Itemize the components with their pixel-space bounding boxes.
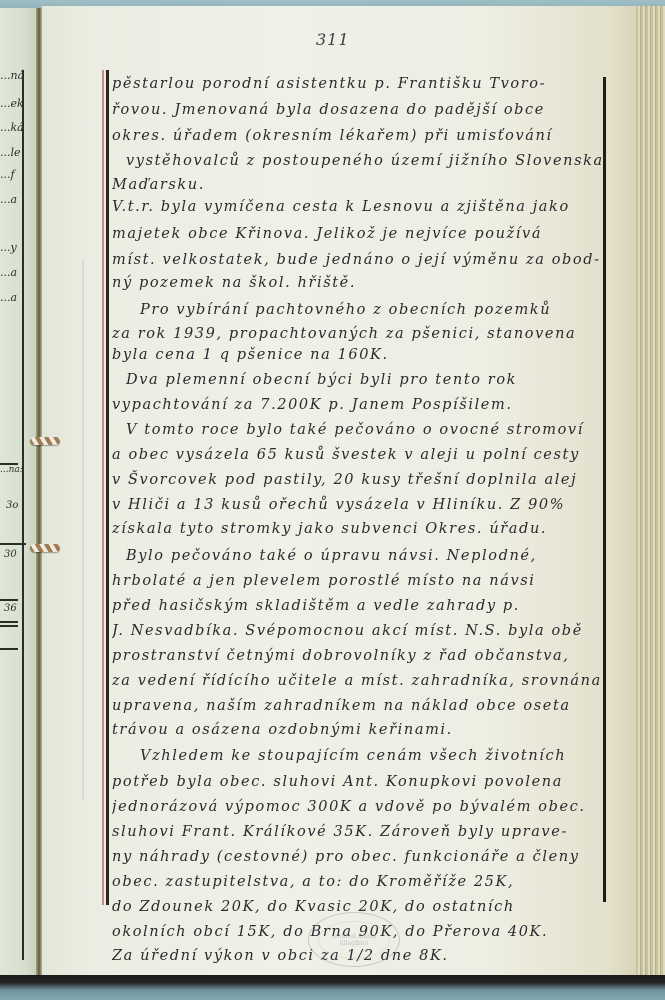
- right-margin-rule: [603, 77, 606, 902]
- binding-thread: [30, 544, 60, 552]
- handwritten-line: vystěhovalců z postoupeného území jižníh…: [112, 151, 602, 171]
- handwritten-line: vypachtování za 7.200K p. Janem Pospíšil…: [112, 395, 602, 415]
- archive-stamp: archival stamp (illegible): [308, 912, 400, 967]
- handwritten-line: míst. velkostatek, bude jednáno o její v…: [112, 250, 602, 270]
- handwritten-line: upravena, naším zahradníkem na náklad ob…: [112, 696, 602, 716]
- handwritten-line: Pro vybírání pachtovného z obecních poze…: [112, 300, 602, 320]
- left-table-cell: 36: [4, 603, 17, 614]
- handwritten-line: byla cena 1 q pšenice na 160K.: [112, 345, 602, 365]
- handwritten-line: v Švorcovek pod pastily, 20 kusy třešní …: [112, 470, 602, 490]
- left-page-fragment: ...ná: [0, 69, 24, 82]
- handwritten-line: řovou. Jmenovaná byla dosazena do padějš…: [112, 100, 602, 120]
- handwritten-line: sluhovi Frant. Králíkové 35K. Zároveň by…: [112, 822, 602, 842]
- handwritten-line: hrbolaté a jen plevelem porostlé místo n…: [112, 571, 602, 591]
- binding-thread: [30, 437, 60, 445]
- handwritten-line: Vzhledem ke stoupajícím cenám všech živo…: [112, 746, 602, 766]
- left-page-fragment: ...a: [0, 266, 17, 279]
- handwritten-line: jednorázová výpomoc 300K a vdově po býva…: [112, 797, 602, 817]
- handwritten-line: Maďarsku.: [112, 175, 602, 195]
- handwritten-line: Bylo pečováno také o úpravu návsi. Neplo…: [112, 546, 602, 566]
- left-table-cell: ...na:: [0, 465, 23, 475]
- handwritten-line: a obec vysázela 65 kusů švestek v aleji …: [112, 445, 602, 465]
- handwritten-line: okres. úřadem (okresním lékařem) při umi…: [112, 126, 602, 146]
- photo-backdrop-bottom: [0, 975, 665, 1000]
- left-table-cell: 30: [4, 549, 17, 560]
- left-facing-page: ...ná ...ek ...ká ...le ...f ...a ...y .…: [0, 8, 38, 983]
- stamp-text: archival stamp (illegible): [318, 921, 390, 959]
- handwritten-line: ny náhrady (cestovné) pro obec. funkcion…: [112, 847, 602, 867]
- left-page-fragment: ...le: [0, 146, 21, 159]
- handwritten-line: před hasičským skladištěm a vedle zahrad…: [112, 596, 602, 616]
- handwritten-line: za rok 1939, propachtovaných za pšenici,…: [112, 324, 602, 344]
- page-number: 311: [316, 30, 350, 49]
- handwritten-line: v Hliči a 13 kusů ořechů vysázela v Hlin…: [112, 495, 602, 515]
- handwritten-line: trávou a osázena ozdobnými keři­nami.: [112, 720, 602, 740]
- handwritten-line: ný pozemek na škol. hřiště.: [112, 273, 602, 293]
- left-table-rule: [0, 543, 26, 545]
- left-page-fragment: ...a: [0, 193, 17, 206]
- red-margin-rule: [102, 70, 104, 905]
- handwritten-line: V tomto roce bylo také pečováno o ovocné…: [112, 420, 602, 440]
- handwritten-line: pěstarlou porodní asistentku p. Františk…: [112, 74, 602, 94]
- left-table-rule: [0, 625, 18, 627]
- left-page-fragment: ...ek: [0, 97, 24, 110]
- handwritten-line: J. Nesvadbíka. Svépomocnou akcí míst. N.…: [112, 621, 602, 641]
- left-page-fragment: ...a: [0, 291, 17, 304]
- handwritten-line: obec. zastupitelstva, a to: do Kroměříže…: [112, 872, 602, 892]
- left-page-margin-rule: [22, 70, 24, 960]
- handwritten-line: získala tyto stromky jako subvenci Okres…: [112, 519, 602, 539]
- handwritten-line: V.t.r. byla vymíčena cesta k Lesnovu a z…: [112, 197, 602, 217]
- handwritten-line: potřeb byla obec. sluhovi Ant. Konupkovi…: [112, 772, 602, 792]
- handwritten-line: prostranství četnými dobrovolníky z řad …: [112, 646, 602, 666]
- left-table-rule: [0, 621, 18, 623]
- left-table-rule: [0, 648, 18, 650]
- handwritten-line: majetek obce Křinova. Jelikož je nejvíce…: [112, 224, 602, 244]
- left-table-cell: 3o: [6, 500, 18, 511]
- handwritten-line: za vedení řídícího učitele a míst. zahra…: [112, 671, 602, 691]
- left-page-fragment: ...ká: [0, 121, 24, 134]
- left-page-fragment: ...f: [0, 168, 15, 181]
- left-margin-rule: [106, 70, 109, 905]
- faint-ruled-column: [82, 260, 84, 800]
- handwritten-line: Dva plemenní obecní býci byli pro tento …: [112, 370, 602, 390]
- left-table-rule: [0, 599, 18, 601]
- page-edges: [636, 6, 665, 976]
- left-page-fragment: ...y: [0, 241, 17, 254]
